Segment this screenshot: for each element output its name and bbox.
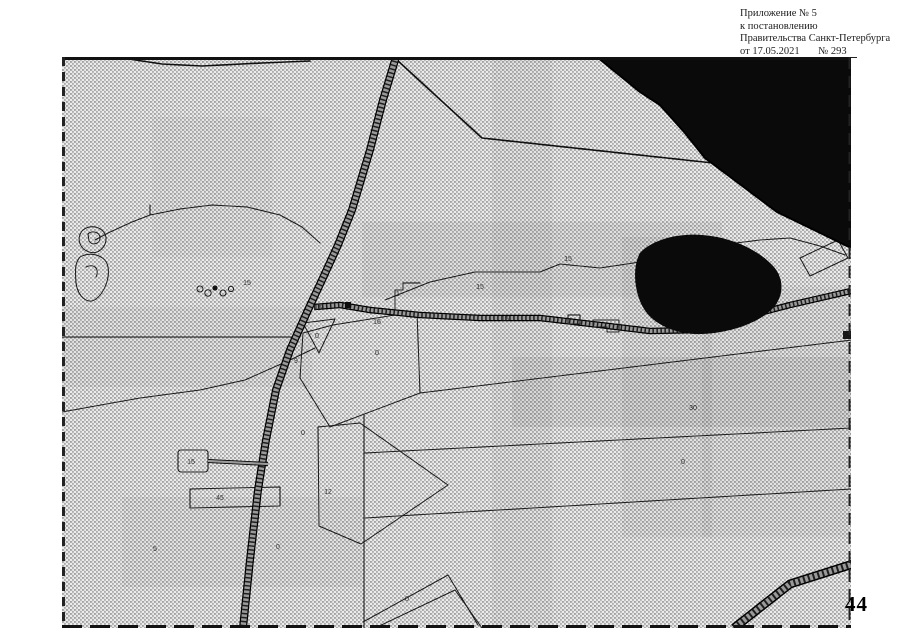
map-label: 15	[243, 280, 251, 287]
map-label: 9	[294, 358, 298, 365]
map-label: 0	[301, 430, 305, 437]
appendix-header: Приложение № 5 к постановлению Правитель…	[740, 8, 905, 58]
map-label: 0	[681, 459, 685, 466]
map-label: 45	[216, 495, 224, 502]
page-number: 44	[845, 592, 868, 617]
map-label: 30	[689, 405, 697, 412]
map-label: 5	[153, 546, 157, 553]
decree-date: 17.05.2021	[752, 46, 815, 58]
map-label: 12	[324, 489, 332, 496]
appendix-header-line2: к постановлению	[740, 21, 905, 34]
appendix-header-line3: Правительства Санкт-Петербурга	[740, 33, 905, 46]
scanned-document-page: Приложение № 5 к постановлению Правитель…	[0, 0, 905, 640]
territory-map: 15151611515150090154512503000	[62, 57, 851, 628]
map-label: 15	[187, 459, 195, 466]
map-label: 15	[564, 256, 572, 263]
map-label: 0	[405, 596, 409, 603]
map-label: 15	[476, 284, 484, 291]
map-frame: 15151611515150090154512503000	[62, 57, 851, 628]
decree-date-prefix: от	[740, 46, 750, 57]
map-label: 0	[276, 544, 280, 551]
map-label: 15	[314, 305, 322, 312]
building-filled	[345, 302, 351, 308]
map-label: 1	[396, 291, 400, 298]
map-label: 0	[375, 350, 379, 357]
decree-number-label: №	[818, 46, 828, 57]
appendix-header-line1: Приложение № 5	[740, 8, 905, 21]
decree-number: 293	[831, 46, 857, 58]
map-label: 0	[315, 333, 319, 340]
map-label: 16	[373, 319, 381, 326]
map-label: 15	[501, 316, 509, 323]
